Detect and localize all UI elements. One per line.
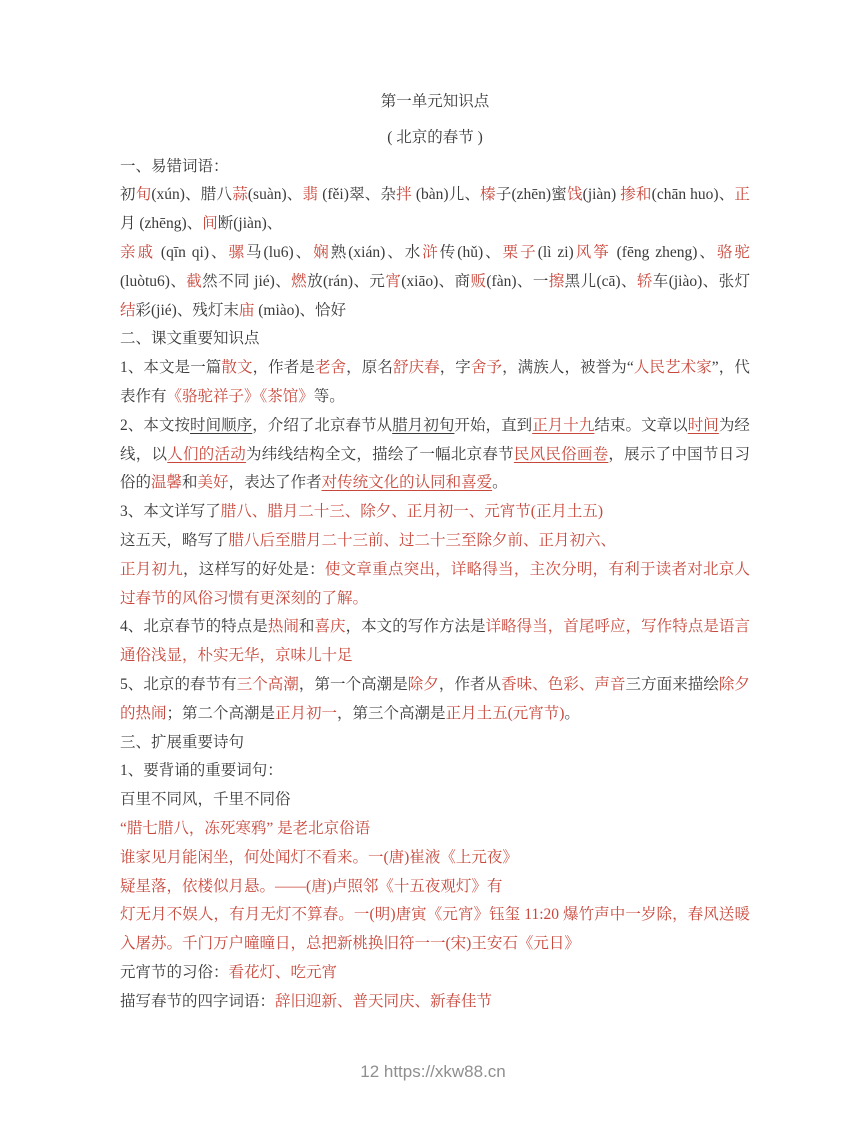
- text-segment: 时间顺序: [190, 417, 252, 434]
- text-segment: 放(rán)、元: [307, 273, 385, 290]
- text-segment: 《骆驼祥子》《茶馆》: [167, 388, 314, 405]
- para-poem-2: 疑星落，依楼似月悬。——(唐)卢照邻《十五夜观灯》有: [120, 873, 750, 902]
- text-segment: 庙: [239, 302, 255, 319]
- text-segment: 娴: [313, 244, 331, 261]
- text-segment: 2、本文按: [120, 417, 190, 434]
- text-segment: 喜庆: [314, 618, 345, 635]
- text-segment: 轿: [637, 273, 653, 290]
- text-segment: 栗子: [503, 244, 538, 261]
- text-segment: 月 (zhēng)、: [120, 215, 202, 232]
- text-segment: 熟(xián)、水: [331, 244, 423, 261]
- text-segment: 看花灯、吃元宵: [229, 964, 338, 981]
- text-segment: 。: [564, 705, 580, 722]
- text-segment: 时间: [688, 417, 719, 434]
- text-segment: (chān huo)、: [652, 186, 735, 203]
- text-segment: 结束。文章以: [594, 417, 687, 434]
- text-segment: 正月初九: [120, 561, 183, 578]
- text-segment: 辞旧迎新、普天同庆、新春佳节: [275, 993, 492, 1010]
- text-segment: 二、课文重要知识点: [120, 330, 260, 347]
- para-poem-3: 灯无月不娱人，有月无灯不算春。一(明)唐寅《元宵》钰玺 11:20 爆竹声中一岁…: [120, 901, 750, 959]
- text-segment: 骆驼: [717, 244, 750, 261]
- para-item-1: 1、本文是一篇散文，作者是老舍，原名舒庆春，字舍予，满族人，被誉为“人民艺术家”…: [120, 354, 750, 412]
- para-recite-label: 1、要背诵的重要词句：: [120, 757, 750, 786]
- text-segment: 等。: [314, 388, 345, 405]
- text-segment: (fēng zheng)、: [611, 244, 717, 261]
- text-segment: 和: [182, 474, 198, 491]
- text-segment: 一、易错词语：: [120, 158, 229, 175]
- page-footer: 12 https://xkw88.cn: [0, 1062, 866, 1082]
- text-segment: 亲戚: [120, 244, 155, 261]
- text-segment: 腊八后至腊月二十三前、过二十三至除夕前、正月初六、: [229, 532, 617, 549]
- text-segment: 传(hǔ)、: [440, 244, 503, 261]
- text-segment: 骡: [229, 244, 247, 261]
- text-segment: 拌: [396, 186, 412, 203]
- text-segment: (luòtu6)、: [120, 273, 186, 290]
- text-segment: ，介绍了北京春节从: [252, 417, 392, 434]
- text-segment: 三方面来描绘: [626, 676, 719, 693]
- para-word-list-1: 初旬(xún)、腊八蒜(suàn)、翡 (fěi)翠、杂拌 (bàn)儿、榛子(…: [120, 181, 750, 239]
- text-segment: (lì zi): [538, 244, 574, 261]
- text-segment: 除夕: [408, 676, 439, 693]
- text-segment: 对传统文化的认同和喜爱: [322, 474, 493, 491]
- para-item-3b: 这五天，略写了腊八后至腊月二十三前、过二十三至除夕前、正月初六、: [120, 527, 750, 556]
- text-segment: 民风民俗画卷: [514, 446, 609, 463]
- text-segment: 旬: [136, 186, 152, 203]
- para-poem-1: 谁家见月能闲坐，何处闻灯不看来。一(唐)崔液《上元夜》: [120, 844, 750, 873]
- text-segment: 温馨: [151, 474, 182, 491]
- text-segment: (suàn)、: [248, 186, 303, 203]
- text-segment: (xiāo)、商: [401, 273, 470, 290]
- text-segment: 正月初一: [275, 705, 337, 722]
- text-segment: 老舍: [315, 359, 346, 376]
- text-segment: 间: [202, 215, 218, 232]
- para-item-3a: 3、本文详写了腊八、腊月二十三、除夕、正月初一、元宵节(正月土五): [120, 498, 750, 527]
- text-segment: (jiàn): [583, 186, 621, 203]
- text-segment: (qīn qi)、: [155, 244, 228, 261]
- text-segment: 正月土五(元宵节): [446, 705, 565, 722]
- text-segment: 3、本文详写了: [120, 503, 221, 520]
- text-segment: 正: [734, 186, 750, 203]
- para-item-4: 4、北京春节的特点是热闹和喜庆，本文的写作方法是详略得当，首尾呼应，写作特点是语…: [120, 613, 750, 671]
- text-segment: 贩: [470, 273, 486, 290]
- text-segment: 彩(jié)、残灯末: [136, 302, 239, 319]
- text-segment: ，这样写的好处是：: [183, 561, 325, 578]
- text-segment: 擦: [549, 273, 565, 290]
- text-segment: 掺和: [620, 186, 651, 203]
- para-item-3c: 正月初九，这样写的好处是：使文章重点突出，详略得当，主次分明，有利于读者对北京人…: [120, 556, 750, 614]
- text-segment: 腊月初旬: [392, 417, 454, 434]
- text-segment: ，第一个高潮是: [299, 676, 408, 693]
- text-segment: 开始，直到: [454, 417, 532, 434]
- text-segment: 灯无月不娱人，有月无灯不算春。一(明)唐寅《元宵》钰玺 11:20 爆竹声中一岁…: [120, 906, 750, 952]
- text-segment: 和: [299, 618, 315, 635]
- text-segment: 燃: [291, 273, 307, 290]
- text-segment: (bàn)儿、: [412, 186, 480, 203]
- text-segment: 为纬线结构全文，描绘了一幅北京春节: [246, 446, 514, 463]
- text-segment: 正月十九: [532, 417, 594, 434]
- text-segment: 三、扩展重要诗句: [120, 734, 244, 751]
- text-segment: 然不同 jié)、: [202, 273, 291, 290]
- text-segment: 风筝: [574, 244, 611, 261]
- text-segment: ，满族人，被誉为“: [502, 359, 634, 376]
- text-segment: 饯: [567, 186, 583, 203]
- text-segment: 百里不同风，千里不同俗: [120, 791, 291, 808]
- text-segment: ，原名: [346, 359, 393, 376]
- text-segment: 疑星落，依楼似月悬。——(唐)卢照邻《十五夜观灯》有: [120, 878, 502, 895]
- document-page: 第一单元知识点( 北京的春节 )一、易错词语：初旬(xún)、腊八蒜(suàn)…: [0, 0, 866, 1122]
- document-body: 第一单元知识点( 北京的春节 )一、易错词语：初旬(xún)、腊八蒜(suàn)…: [120, 88, 750, 1017]
- heading-section-3: 三、扩展重要诗句: [120, 729, 750, 758]
- text-segment: ( 北京的春节 ): [387, 129, 483, 146]
- text-segment: (xún)、腊八: [151, 186, 232, 203]
- para-word-list-2: 亲戚 (qīn qi)、骡马(lu6)、娴熟(xián)、水浒传(hǔ)、栗子(…: [120, 239, 750, 325]
- text-segment: 翡: [302, 186, 318, 203]
- para-title: 第一单元知识点: [120, 88, 750, 117]
- text-segment: 元宵节的习俗：: [120, 964, 229, 981]
- text-segment: 描写春节的四字词语：: [120, 993, 275, 1010]
- para-item-2: 2、本文按时间顺序，介绍了北京春节从腊月初旬开始，直到正月十九结束。文章以时间为…: [120, 412, 750, 498]
- text-segment: 香味、色彩、声音: [501, 676, 625, 693]
- text-segment: 马(lu6)、: [246, 244, 313, 261]
- text-segment: 断(jiàn)、: [218, 215, 283, 232]
- text-segment: ，本文的写作方法是: [346, 618, 486, 635]
- text-segment: 第一单元知识点: [381, 93, 490, 110]
- text-segment: ，字: [440, 359, 471, 376]
- text-segment: (miào)、恰好: [254, 302, 346, 319]
- para-item-5: 5、北京的春节有三个高潮，第一个高潮是除夕，作者从香味、色彩、声音三方面来描绘除…: [120, 671, 750, 729]
- text-segment: 1、本文是一篇: [120, 359, 221, 376]
- text-segment: 黑儿(cā)、: [565, 273, 637, 290]
- text-segment: 车(jiào)、张灯: [653, 273, 750, 290]
- text-segment: 宵: [385, 273, 401, 290]
- para-proverb-1: 百里不同风，千里不同俗: [120, 786, 750, 815]
- text-segment: 榛: [480, 186, 496, 203]
- text-segment: 三个高潮: [237, 676, 299, 693]
- text-segment: 热闹: [268, 618, 299, 635]
- text-segment: 舍予: [471, 359, 502, 376]
- heading-section-1: 一、易错词语：: [120, 153, 750, 182]
- text-segment: 美好: [198, 474, 229, 491]
- text-segment: 5、北京的春节有: [120, 676, 237, 693]
- text-segment: ；第二个高潮是: [167, 705, 276, 722]
- text-segment: 4、北京春节的特点是: [120, 618, 268, 635]
- para-subtitle: ( 北京的春节 ): [120, 124, 750, 153]
- text-segment: 子(zhēn)蜜: [496, 186, 567, 203]
- text-segment: 散文: [221, 359, 252, 376]
- text-segment: 这五天，略写了: [120, 532, 229, 549]
- text-segment: ，作者是: [253, 359, 315, 376]
- text-segment: 浒: [422, 244, 440, 261]
- text-segment: 初: [120, 186, 136, 203]
- text-segment: 人民艺术家: [634, 359, 712, 376]
- text-segment: ，作者从: [439, 676, 501, 693]
- text-segment: 谁家见月能闲坐，何处闻灯不看来。一(唐)崔液《上元夜》: [120, 849, 518, 866]
- text-segment: 。: [492, 474, 508, 491]
- text-segment: 结: [120, 302, 136, 319]
- para-proverb-2: “腊七腊八，冻死寒鸦” 是老北京俗语: [120, 815, 750, 844]
- heading-section-2: 二、课文重要知识点: [120, 325, 750, 354]
- text-segment: 人们的活动: [167, 446, 246, 463]
- text-segment: 舒庆春: [393, 359, 440, 376]
- text-segment: 腊八、腊月二十三、除夕、正月初一、元宵节(正月土五): [221, 503, 603, 520]
- text-segment: ，表达了作者: [229, 474, 322, 491]
- para-customs: 元宵节的习俗：看花灯、吃元宵: [120, 959, 750, 988]
- text-segment: 1、要背诵的重要词句：: [120, 762, 283, 779]
- text-segment: 截: [186, 273, 202, 290]
- text-segment: ，第三个高潮是: [337, 705, 446, 722]
- text-segment: 蒜: [232, 186, 248, 203]
- para-idioms: 描写春节的四字词语：辞旧迎新、普天同庆、新春佳节: [120, 988, 750, 1017]
- text-segment: (fěi)翠、杂: [318, 186, 396, 203]
- text-segment: “腊七腊八，冻死寒鸦” 是老北京俗语: [120, 820, 370, 837]
- text-segment: (fàn)、一: [486, 273, 548, 290]
